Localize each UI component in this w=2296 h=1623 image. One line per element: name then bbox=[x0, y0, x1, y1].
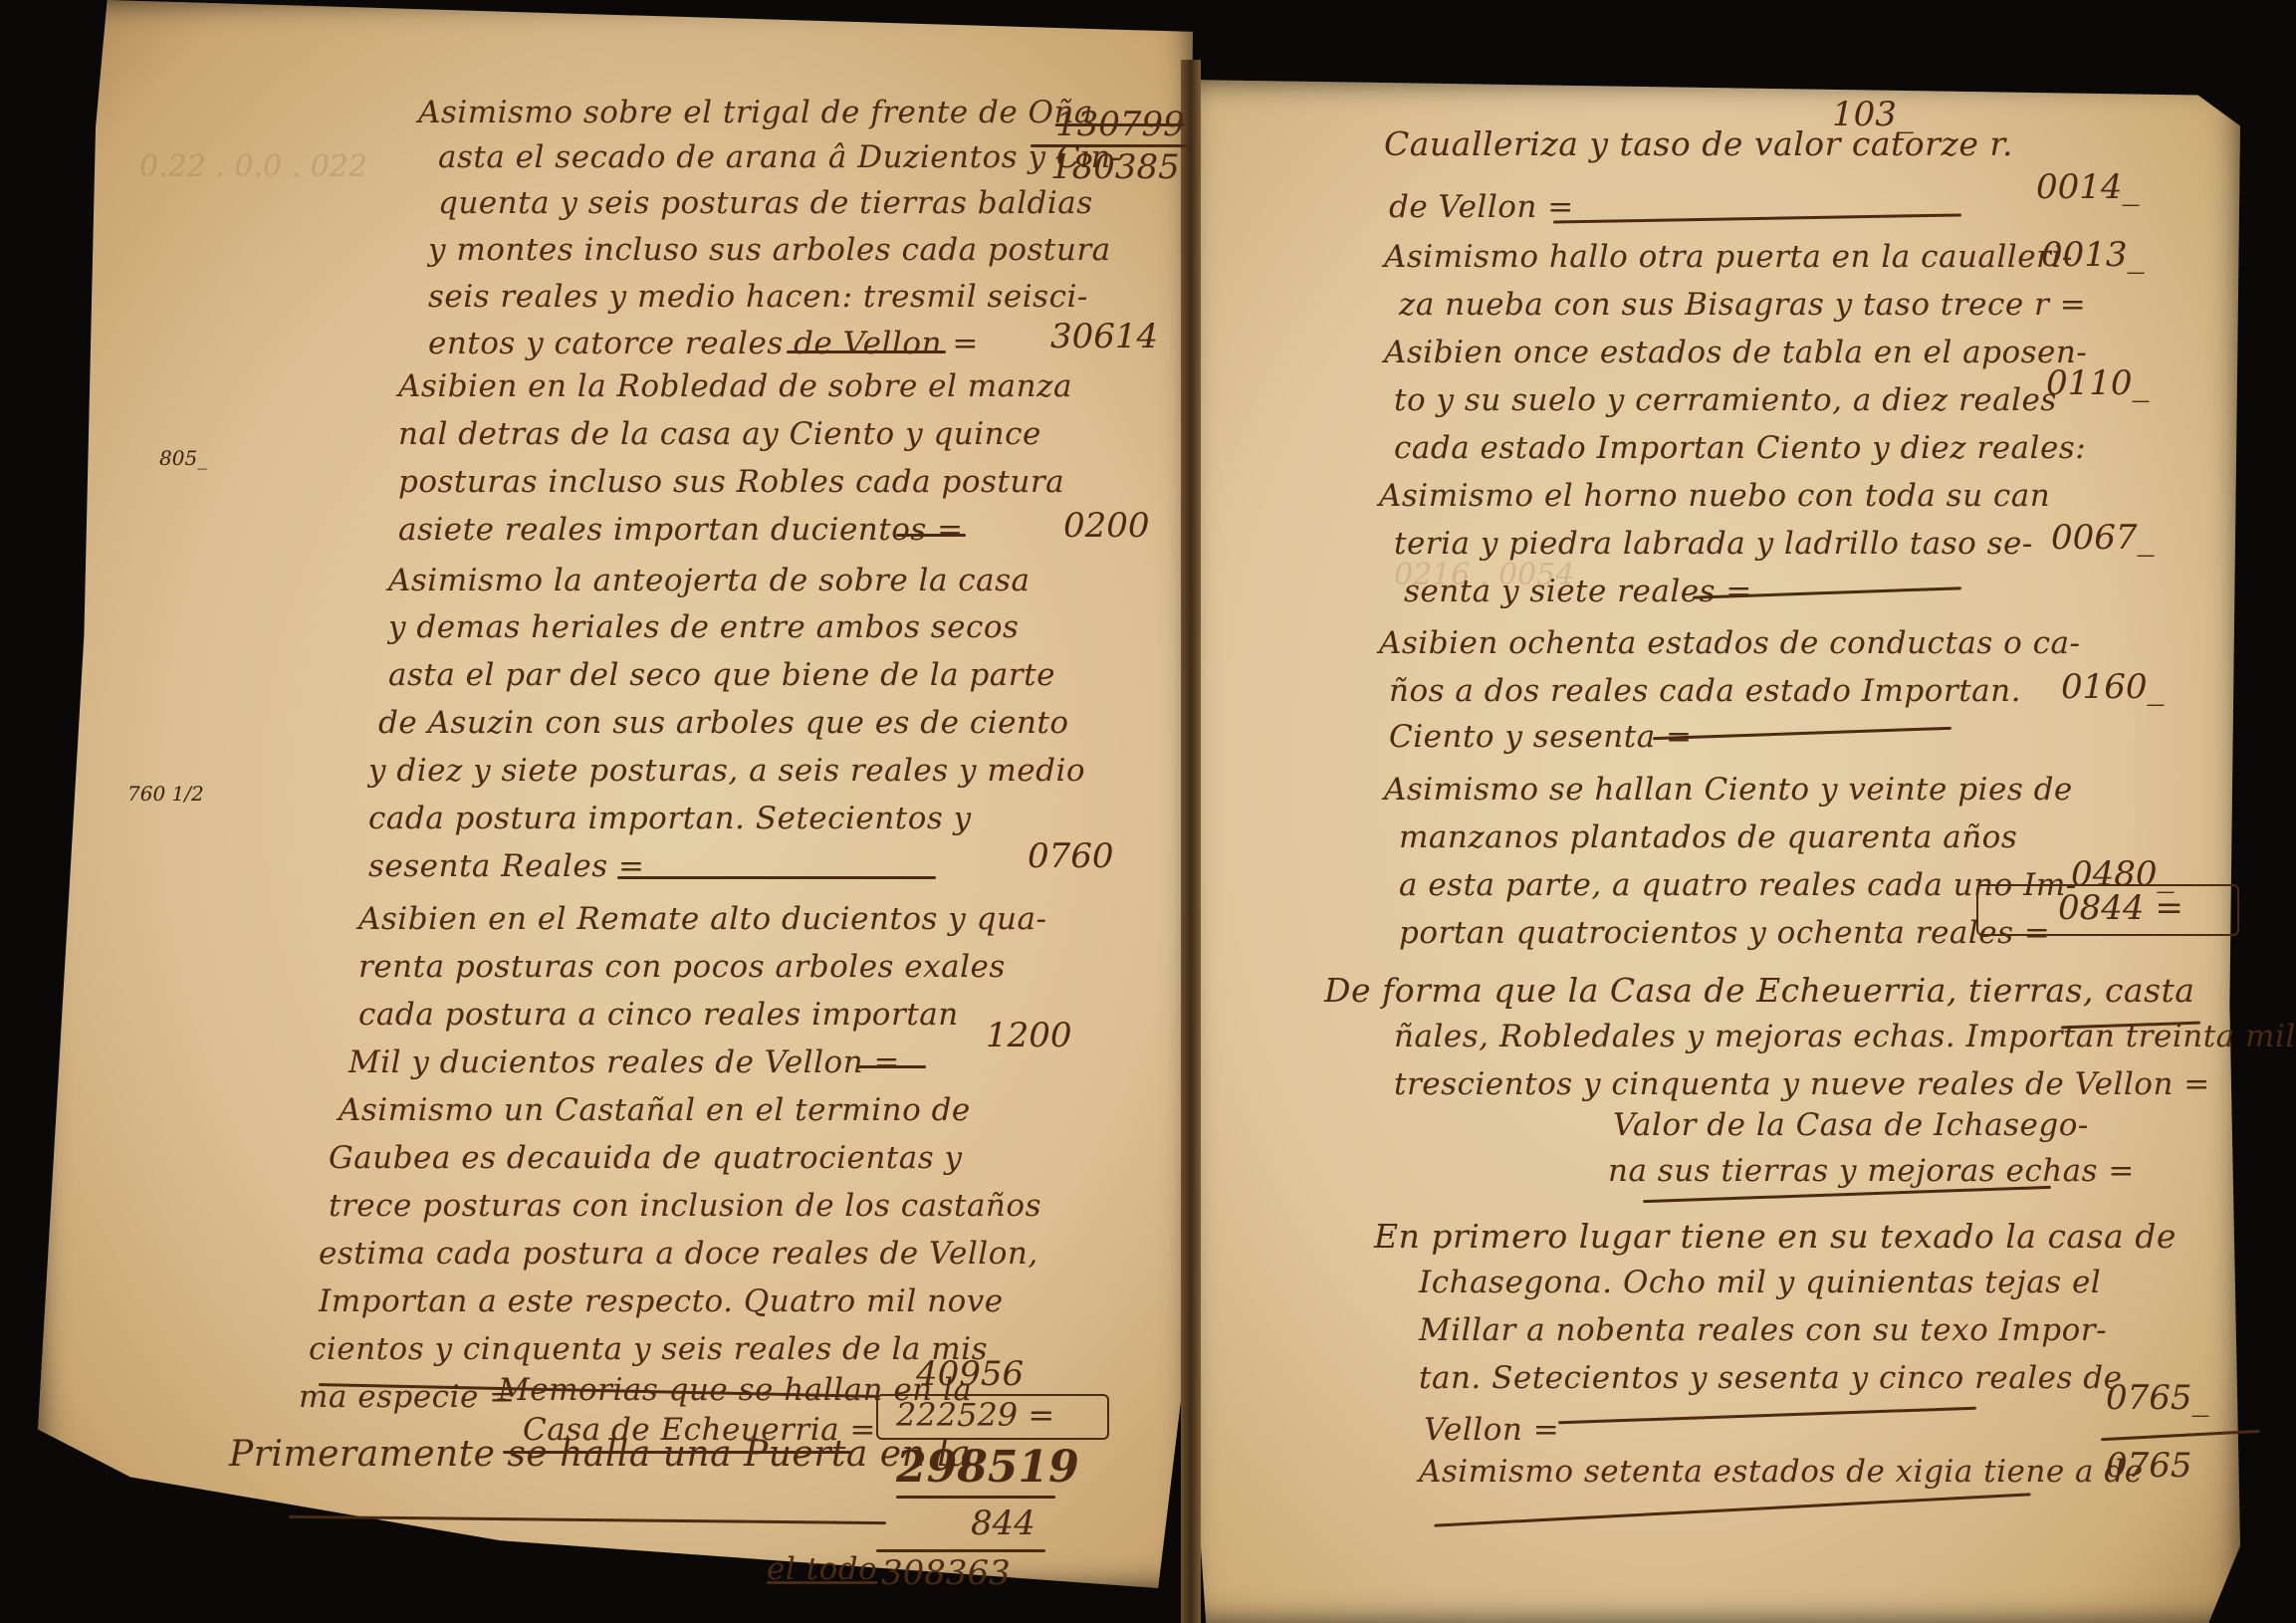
text-line: Asimismo la anteojerta de sobre la casa bbox=[388, 563, 1031, 598]
boxed-total: 0844 = bbox=[1976, 884, 2239, 936]
text-line: a esta parte, a quatro reales cada uno I… bbox=[1399, 867, 2077, 903]
text-line: cada postura importan. Setecientos y bbox=[368, 801, 972, 836]
sum-rule bbox=[876, 1549, 1045, 1552]
text-line: y montes incluso sus arboles cada postur… bbox=[428, 232, 1111, 268]
line-filler-rule bbox=[617, 876, 936, 879]
text-line: cientos y cinquenta y seis reales de la … bbox=[309, 1331, 988, 1367]
text-line: Asibien once estados de tabla en el apos… bbox=[1384, 335, 2087, 370]
amount: 0013_ bbox=[2041, 235, 2145, 275]
text-line: En primero lugar tiene en su texado la c… bbox=[1374, 1217, 2177, 1256]
summary-line: De forma que la Casa de Echeuerria, tier… bbox=[1324, 971, 2194, 1010]
text-line: Gaubea es decauida de quatrocientas y bbox=[329, 1140, 963, 1176]
boxed-total-value: 0844 = bbox=[2058, 888, 2183, 928]
text-line: y diez y siete posturas, a seis reales y… bbox=[368, 753, 1085, 789]
primeramente-line: Primeramente se halla una Puerta en la bbox=[229, 1434, 971, 1475]
text-line: teria y piedra labrada y ladrillo taso s… bbox=[1394, 526, 2033, 562]
text-line: renta posturas con pocos arboles exales bbox=[358, 949, 1006, 985]
text-line: portan quatrocientos y ochenta reales = bbox=[1399, 915, 2050, 951]
line-filler-rule bbox=[787, 350, 946, 353]
amount: 0760 bbox=[1028, 836, 1114, 876]
text-line: nal detras de la casa ay Ciento y quince bbox=[398, 416, 1041, 452]
text-line: trece posturas con inclusion de los cast… bbox=[329, 1188, 1041, 1224]
text-line: za nueba con sus Bisagras y taso trece r… bbox=[1399, 287, 2086, 323]
book-gutter bbox=[1181, 60, 1201, 1623]
amount: 0160_ bbox=[2061, 667, 2165, 707]
text-line: Asimismo hallo otra puerta en la caualle… bbox=[1384, 239, 2073, 275]
amount: 0765 bbox=[2106, 1446, 2192, 1486]
amount: 0765_ bbox=[2106, 1378, 2209, 1418]
amount: 30614 bbox=[1050, 317, 1158, 356]
addend: 844 bbox=[971, 1504, 1035, 1543]
text-line: estima cada postura a doce reales de Vel… bbox=[319, 1236, 1038, 1272]
text-line: senta y siete reales = bbox=[1404, 574, 1752, 609]
text-line: seis reales y medio hacen: tresmil seisc… bbox=[428, 279, 1088, 315]
text-line: asta el secado de arana â Duzientos y Ci… bbox=[438, 139, 1122, 175]
text-line: de Asuzin con sus arboles que es de cien… bbox=[378, 705, 1069, 741]
total-label: el todo bbox=[767, 1551, 877, 1587]
boxed-value: 222529 = bbox=[896, 1396, 1054, 1434]
text-line: Asimismo se hallan Ciento y veinte pies … bbox=[1384, 772, 2073, 808]
text-line: to y su suelo y cerramiento, a diez real… bbox=[1394, 382, 2057, 418]
text-line: asiete reales importan ducientos = bbox=[398, 512, 964, 548]
text-line: Mil y ducientos reales de Vellon = bbox=[348, 1044, 900, 1080]
amount: 0067_ bbox=[2051, 518, 2155, 558]
text-line: Ichasegona. Ocho mil y quinientas tejas … bbox=[1419, 1265, 2101, 1300]
text-line: tan. Setecientos y sesenta y cinco reale… bbox=[1419, 1360, 2122, 1396]
text-line: cada estado Importan Ciento y diez reale… bbox=[1394, 430, 2086, 466]
text-line: Vellon = bbox=[1424, 1412, 1559, 1448]
section-title: na sus tierras y mejoras echas = bbox=[1608, 1153, 2135, 1189]
text-line: Asimismo el horno nuebo con toda su can bbox=[1379, 478, 2050, 514]
margin-note: 805_ bbox=[159, 446, 207, 470]
amount: 1200 bbox=[986, 1016, 1072, 1055]
text-line: quenta y seis posturas de tierras baldia… bbox=[438, 185, 1093, 221]
sum-rule bbox=[896, 1496, 1055, 1499]
amount: 0110_ bbox=[2046, 363, 2150, 403]
text-line: Asimismo sobre el trigal de frente de Oñ… bbox=[418, 95, 1093, 130]
text-line: ños a dos reales cada estado Importan. bbox=[1389, 673, 2021, 709]
text-line: manzanos plantados de quarenta años bbox=[1399, 819, 2017, 855]
grand-total: 308363 bbox=[881, 1553, 1011, 1593]
text-line: Caualleriza y taso de valor catorze r. bbox=[1384, 124, 2013, 163]
text-line: Ciento y sesenta = bbox=[1389, 719, 1693, 755]
text-line: entos y catorce reales de Vellon = bbox=[428, 326, 979, 361]
text-line: cada postura a cinco reales importan bbox=[358, 997, 959, 1033]
margin-note: 760 1/2 bbox=[127, 782, 204, 806]
text-line: y demas heriales de entre ambos secos bbox=[388, 609, 1019, 645]
text-line: asta el par del seco que biene de la par… bbox=[388, 657, 1055, 693]
summary-line: trescientos y cinquenta y nueve reales d… bbox=[1394, 1066, 2210, 1102]
section-title: Valor de la Casa de Ichasego- bbox=[1613, 1107, 2089, 1143]
text-line: Asibien en la Robledad de sobre el manza bbox=[398, 368, 1072, 404]
text-line: Asimismo setenta estados de xigia tiene … bbox=[1419, 1454, 2144, 1490]
text-line: Millar a nobenta reales con su texo Impo… bbox=[1419, 1312, 2107, 1348]
text-line: Asibien en el Remate alto ducientos y qu… bbox=[358, 901, 1046, 937]
text-line: sesenta Reales = bbox=[368, 848, 644, 884]
amount: 0200 bbox=[1063, 506, 1150, 546]
text-line: Importan a este respecto. Quatro mil nov… bbox=[319, 1283, 1004, 1319]
text-line: Asibien ochenta estados de conductas o c… bbox=[1379, 625, 2080, 661]
line-filler-rule bbox=[896, 534, 966, 537]
text-line: de Vellon = bbox=[1389, 189, 1574, 225]
text-line: Asimismo un Castañal en el termino de bbox=[339, 1092, 971, 1128]
amount: 0014_ bbox=[2036, 167, 2140, 207]
bleed-through-text: 0.22 . 0.0 . 022 bbox=[139, 149, 367, 184]
line-filler-rule bbox=[856, 1065, 926, 1068]
manuscript-photo: 0.22 . 0.0 . 022 0216 . 0054 130799 1803… bbox=[0, 0, 2296, 1623]
text-line: posturas incluso sus Robles cada postura bbox=[398, 464, 1064, 500]
